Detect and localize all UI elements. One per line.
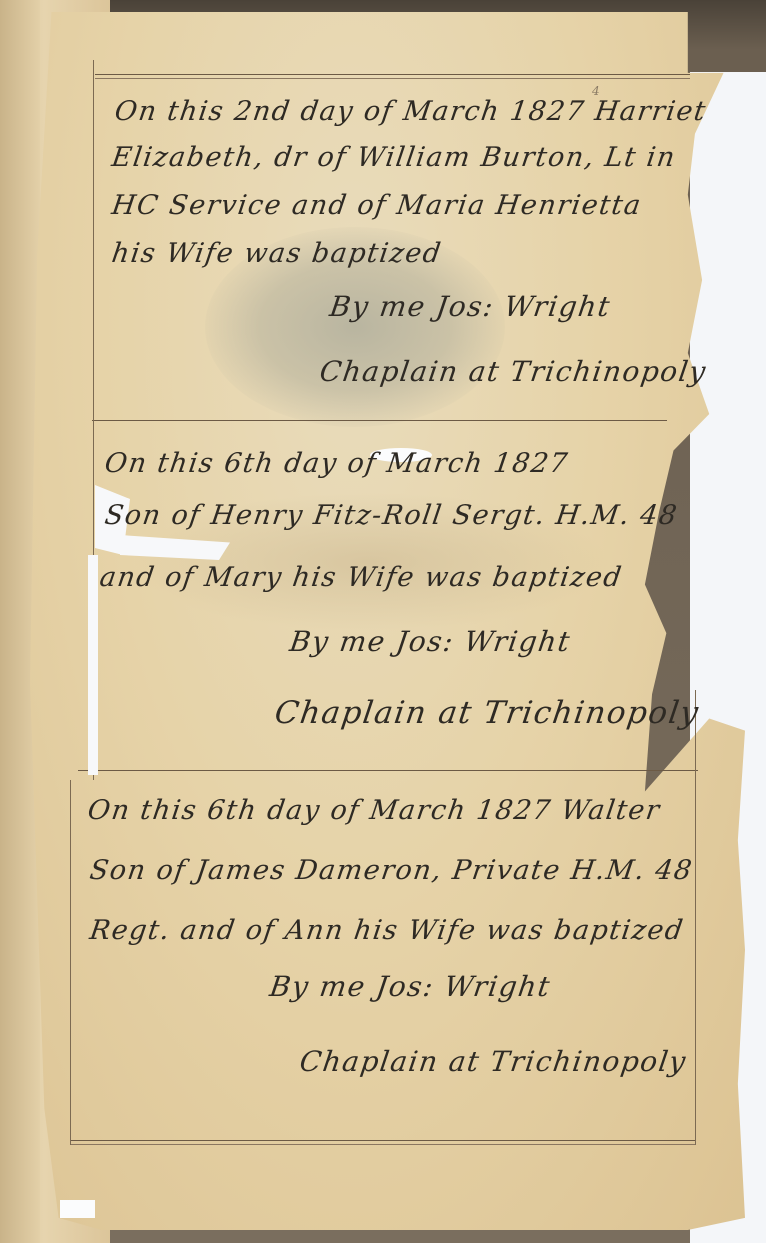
signature-title: Chaplain at Trichinopoly [298, 1045, 689, 1078]
entry-line: Regt. and of Ann his Wife was baptized [88, 915, 686, 946]
entry-line: On this 2nd day of March 1827 Harriet [113, 96, 709, 127]
top-rule [95, 74, 690, 79]
entry-divider-1 [92, 420, 667, 421]
entry-line: On this 6th day of March 1827 Walter [86, 795, 663, 826]
entry-line: and of Mary his Wife was baptized [98, 562, 625, 593]
entry-line: his Wife was baptized [110, 238, 444, 269]
entry-line: Elizabeth, dr of William Burton, Lt in [110, 142, 678, 173]
entry-line: Son of Henry Fitz-Roll Sergt. H.M. 48 [103, 500, 680, 531]
entry-line: On this 6th day of March 1827 [103, 448, 571, 479]
signature-name: By me Jos: Wright [288, 625, 573, 658]
left-margin-rule-lower [70, 780, 71, 1145]
right-margin-rule [695, 690, 696, 1145]
signature-name: By me Jos: Wright [328, 290, 613, 323]
bottom-rule [70, 1140, 695, 1145]
paper-hole [60, 1200, 95, 1218]
signature-title: Chaplain at Trichinopoly [272, 695, 701, 731]
paper-tear-strip [88, 555, 98, 775]
signature-name: By me Jos: Wright [268, 970, 553, 1003]
signature-title: Chaplain at Trichinopoly [318, 355, 709, 388]
entry-line: HC Service and of Maria Henrietta [110, 190, 644, 221]
entry-line: Son of James Dameron, Private H.M. 48 [88, 855, 695, 886]
entry-divider-2 [78, 770, 698, 771]
